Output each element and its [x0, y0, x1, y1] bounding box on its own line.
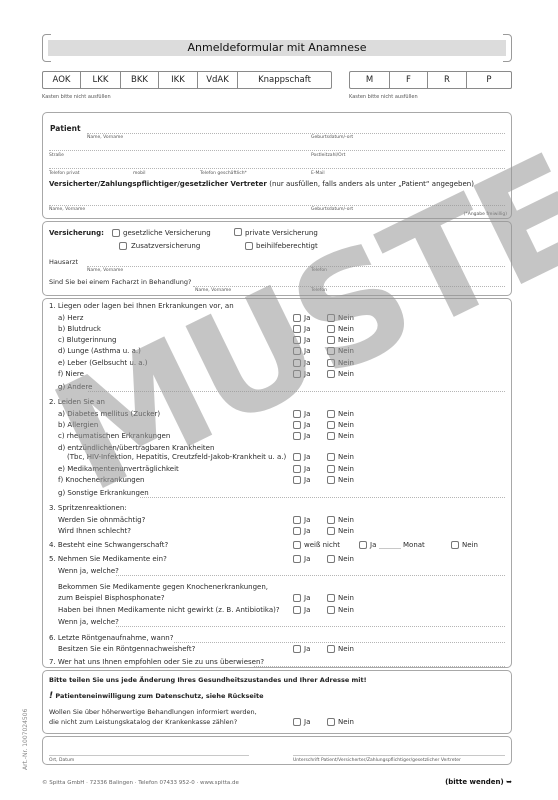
label-no: Nein [338, 336, 354, 344]
label-no: Nein [338, 325, 354, 333]
specialist-phone-label: Telefon [311, 288, 327, 293]
label-statutory: gesetzliche Versicherung [123, 229, 211, 237]
checkbox-supplementary[interactable] [119, 242, 127, 250]
optional-note: (*Angabe freiwillig) [464, 212, 507, 217]
label-supplementary: Zusatzversicherung [131, 242, 200, 250]
checkbox-q5-bone-no[interactable] [327, 594, 335, 602]
place-date-label: Ort, Datum [49, 758, 74, 763]
question-5-bone: Bekommen Sie Medikamente gegen Knochener… [58, 583, 268, 591]
label-no: Nein [338, 476, 354, 484]
footer-publisher: © Spitta GmbH · 72336 Balingen · Telefon… [42, 780, 239, 786]
label-yes: Ja [304, 336, 310, 344]
question-4-title: 4. Besteht eine Schwangerschaft? [49, 541, 168, 549]
label-yes: Ja [304, 453, 310, 461]
insured-heading: Versicherter/Zahlungspflichtiger/gesetzl… [49, 180, 474, 188]
label-yes: Ja [304, 476, 310, 484]
label-yes: Ja [304, 645, 310, 653]
checkbox-q1-5-no[interactable] [327, 370, 335, 378]
question-5-ineffective: Haben bei Ihnen Medikamente nicht gewirk… [58, 606, 280, 614]
privacy-note: ! Patienteneinwilligung zum Datenschutz,… [49, 691, 263, 701]
label-yes: Ja [304, 421, 310, 429]
label-no: Nein [338, 359, 354, 367]
checkbox-subsidy[interactable] [245, 242, 253, 250]
q5-which-field[interactable] [116, 575, 505, 576]
mobile-label: mobil [133, 171, 146, 176]
label-yes: Ja [304, 555, 310, 563]
insurance-section: Versicherung: gesetzliche Versicherung p… [42, 221, 512, 296]
question-5-which: Wenn ja, welche? [58, 567, 119, 575]
checkbox-q5-ineffective-no[interactable] [327, 606, 335, 614]
checkbox-q2-after-0-yes[interactable] [293, 465, 301, 473]
street-label: Straße [49, 153, 64, 158]
question-2-item: b) Allergien [58, 421, 98, 429]
patient-name-field[interactable] [87, 133, 505, 134]
label-q4-yes: Ja [370, 541, 376, 549]
phone-private-label: Telefon privat [49, 171, 80, 176]
insured-birth-label: Geburtsdatum/-ort [311, 207, 353, 212]
checkbox-q3-0-no[interactable] [327, 516, 335, 524]
patient-heading: Patient [50, 124, 81, 133]
checkbox-q3-1-no[interactable] [327, 527, 335, 535]
label-yes: Ja [304, 606, 310, 614]
label-yes: Ja [304, 359, 310, 367]
question-1-title: 1. Liegen oder lagen bei Ihnen Erkrankun… [49, 302, 234, 310]
street-field[interactable] [49, 150, 505, 151]
turn-page-note: (bitte wenden) ➥ [445, 778, 512, 786]
article-number: Art.-Nr. 1007024506 [22, 709, 29, 770]
q7-field[interactable] [254, 666, 505, 667]
hint-left: Kasten bitte nicht ausfüllen [42, 94, 111, 100]
label-yes: Ja [304, 325, 310, 333]
question-6-title: 6. Letzte Röntgenaufnahme, wann? [49, 634, 173, 642]
question-2-item-d-detail: (Tbc, HIV-Infektion, Hepatitis, Creutzfe… [67, 453, 286, 461]
insurer-box[interactable]: VdAK [198, 72, 238, 88]
checkbox-q3-1-yes[interactable] [293, 527, 301, 535]
checkbox-q2-2-no[interactable] [327, 432, 335, 440]
label-no: Nein [338, 555, 354, 563]
info-question-line1: Wollen Sie über höherwertige Behandlunge… [49, 708, 257, 716]
status-code-box[interactable]: P [467, 72, 511, 88]
signature-section: Ort, Datum Unterschrift Patient/Versiche… [42, 736, 512, 765]
question-1-item: e) Leber (Gelbsucht u. a.) [58, 359, 148, 367]
patient-section: Patient Name, Vorname Geburtsdatum/-ort … [42, 112, 512, 219]
label-no: Nein [338, 370, 354, 378]
label-yes: Ja [304, 432, 310, 440]
insurer-box[interactable]: LKK [81, 72, 121, 88]
question-2-title: 2. Leiden Sie an [49, 398, 105, 406]
status-code-box[interactable]: R [428, 72, 467, 88]
question-3-title: 3. Spritzenreaktionen: [49, 504, 127, 512]
question-6-passport: Besitzen Sie ein Röntgennachweisheft? [58, 645, 195, 653]
label-no: Nein [338, 606, 354, 614]
gp-field[interactable] [87, 266, 505, 267]
checkbox-q1-0-no[interactable] [327, 314, 335, 322]
checkbox-q4-no[interactable] [451, 541, 459, 549]
q1-other-field[interactable] [88, 391, 505, 392]
question-5-which2: Wenn ja, welche? [58, 618, 119, 626]
question-2-item: e) Medikamentenunverträglichkeit [58, 465, 179, 473]
checkbox-q1-2-yes[interactable] [293, 336, 301, 344]
checkbox-q1-4-no[interactable] [327, 359, 335, 367]
status-code-boxes: M F R P [349, 71, 512, 89]
label-yes: Ja [304, 314, 310, 322]
checkbox-q1-4-yes[interactable] [293, 359, 301, 367]
label-private: private Versicherung [245, 229, 318, 237]
insurer-box[interactable]: BKK [121, 72, 159, 88]
label-info-no: Nein [338, 718, 354, 726]
label-no: Nein [338, 527, 354, 535]
specialist-question: Sind Sie bei einem Facharzt in Behandlun… [49, 278, 191, 286]
checkbox-q1-1-yes[interactable] [293, 325, 301, 333]
question-7-title: 7. Wer hat uns Ihnen empfohlen oder Sie … [49, 658, 264, 666]
checkbox-q2-after-1-no[interactable] [327, 476, 335, 484]
question-1-other: g) Andere [58, 383, 92, 391]
checkbox-statutory[interactable] [112, 229, 120, 237]
hint-right: Kasten bitte nicht ausfüllen [349, 94, 418, 100]
checkbox-q6-no[interactable] [327, 645, 335, 653]
checkbox-q2-0-yes[interactable] [293, 410, 301, 418]
checkbox-q5-no[interactable] [327, 555, 335, 563]
exclamation-icon: ! [49, 691, 53, 701]
insurance-heading: Versicherung: [49, 229, 104, 237]
patient-name-label: Name, Vorname [87, 135, 123, 140]
question-2-item-d: d) entzündlichen/übertragbaren Krankheit… [58, 444, 214, 452]
label-no: Nein [338, 594, 354, 602]
question-3-item: Wird Ihnen schlecht? [58, 527, 131, 535]
signature-label: Unterschrift Patient/Versicherter/Zahlun… [293, 758, 461, 763]
checkbox-q2-1-no[interactable] [327, 421, 335, 429]
form-title: Anmeldeformular mit Anamnese [48, 40, 506, 56]
label-no: Nein [338, 516, 354, 524]
checkbox-q2-after-1-yes[interactable] [293, 476, 301, 484]
q6-date-field[interactable] [174, 642, 505, 643]
label-no: Nein [338, 410, 354, 418]
checkbox-q1-5-yes[interactable] [293, 370, 301, 378]
notice-text: Bitte teilen Sie uns jede Änderung Ihres… [49, 676, 367, 684]
label-no: Nein [338, 421, 354, 429]
checkbox-q6-yes[interactable] [293, 645, 301, 653]
gp-label: Hausarzt [49, 258, 78, 266]
place-date-field[interactable] [49, 755, 249, 756]
label-info-yes: Ja [304, 718, 310, 726]
checkbox-q5-bone-yes[interactable] [293, 594, 301, 602]
status-code-box[interactable]: F [390, 72, 428, 88]
checkbox-private[interactable] [234, 228, 242, 236]
checkbox-q2-0-no[interactable] [327, 410, 335, 418]
insured-name-label: Name, Vorname [49, 207, 85, 212]
anamnesis-section: 1. Liegen oder lagen bei Ihnen Erkrankun… [42, 298, 512, 668]
insurer-box[interactable]: AOK [43, 72, 81, 88]
question-1-item: f) Niere [58, 370, 84, 378]
question-5-title: 5. Nehmen Sie Medikamente ein? [49, 555, 167, 563]
checkbox-q1-2-no[interactable] [327, 336, 335, 344]
question-1-item: d) Lunge (Asthma u. a.) [58, 347, 141, 355]
checkbox-q2-after-0-no[interactable] [327, 465, 335, 473]
signature-field[interactable] [293, 755, 505, 756]
label-yes: Ja [304, 594, 310, 602]
label-yes: Ja [304, 516, 310, 524]
checkbox-q4-yes[interactable] [359, 541, 367, 549]
month-field[interactable] [379, 548, 401, 549]
label-yes: Ja [304, 410, 310, 418]
patient-birth-label: Geburtsdatum/-ort [311, 135, 353, 140]
zip-label: Postleitzahl/Ort [311, 153, 345, 158]
info-section: Bitte teilen Sie uns jede Änderung Ihres… [42, 670, 512, 734]
q2-other-field[interactable] [140, 497, 505, 498]
q5-which2-field[interactable] [116, 626, 505, 627]
label-yes: Ja [304, 370, 310, 378]
question-2-item: f) Knochenerkrankungen [58, 476, 145, 484]
question-1-item: c) Blutgerinnung [58, 336, 117, 344]
phone-business-label: Telefon geschäftlich* [200, 171, 247, 176]
label-no: Nein [338, 314, 354, 322]
checkbox-q1-3-no[interactable] [327, 347, 335, 355]
label-no: Nein [338, 465, 354, 473]
checkbox-q3-0-yes[interactable] [293, 516, 301, 524]
checkbox-q1-0-yes[interactable] [293, 314, 301, 322]
label-yes: Ja [304, 347, 310, 355]
question-2-item: a) Diabetes mellitus (Zucker) [58, 410, 160, 418]
checkbox-q4-dont-know[interactable] [293, 541, 301, 549]
insured-name-field[interactable] [49, 205, 505, 206]
specialist-field[interactable] [193, 286, 505, 287]
checkbox-q2-2-yes[interactable] [293, 432, 301, 440]
status-code-box[interactable]: M [350, 72, 390, 88]
question-1-item: b) Blutdruck [58, 325, 101, 333]
checkbox-q5-yes[interactable] [293, 555, 301, 563]
label-month: Monat [403, 541, 425, 549]
question-3-item: Werden Sie ohnmächtig? [58, 516, 145, 524]
label-q4-no: Nein [462, 541, 478, 549]
question-2-item: c) rheumatischen Erkrankungen [58, 432, 170, 440]
gp-phone-label: Telefon [311, 268, 327, 273]
info-question-line2: die nicht zum Leistungskatalog der Krank… [49, 718, 237, 726]
checkbox-q2-1-yes[interactable] [293, 421, 301, 429]
checkbox-q2-d-no[interactable] [327, 453, 335, 461]
gp-name-label: Name, Vorname [87, 268, 123, 273]
checkbox-info-no[interactable] [327, 718, 335, 726]
question-5-bone-example: zum Beispiel Bisphosphonate? [58, 594, 165, 602]
checkbox-q2-d-yes[interactable] [293, 453, 301, 461]
specialist-name-label: Name, Vorname [195, 288, 231, 293]
label-yes: Ja [304, 527, 310, 535]
label-no: Nein [338, 347, 354, 355]
label-yes: Ja [304, 465, 310, 473]
checkbox-q1-1-no[interactable] [327, 325, 335, 333]
email-label: E-Mail [311, 171, 325, 176]
question-2-other: g) Sonstige Erkrankungen [58, 489, 149, 497]
label-no: Nein [338, 432, 354, 440]
phone-field[interactable] [49, 168, 505, 169]
label-subsidy: beihilfeberechtigt [256, 242, 318, 250]
insurer-box[interactable]: Knappschaft [238, 72, 331, 88]
question-1-item: a) Herz [58, 314, 83, 322]
checkbox-q1-3-yes[interactable] [293, 347, 301, 355]
label-no: Nein [338, 645, 354, 653]
checkbox-q5-ineffective-yes[interactable] [293, 606, 301, 614]
insurer-boxes: AOK LKK BKK IKK VdAK Knappschaft [42, 71, 332, 89]
insurer-box[interactable]: IKK [159, 72, 198, 88]
checkbox-info-yes[interactable] [293, 718, 301, 726]
label-dont-know: weiß nicht [304, 541, 340, 549]
label-no: Nein [338, 453, 354, 461]
